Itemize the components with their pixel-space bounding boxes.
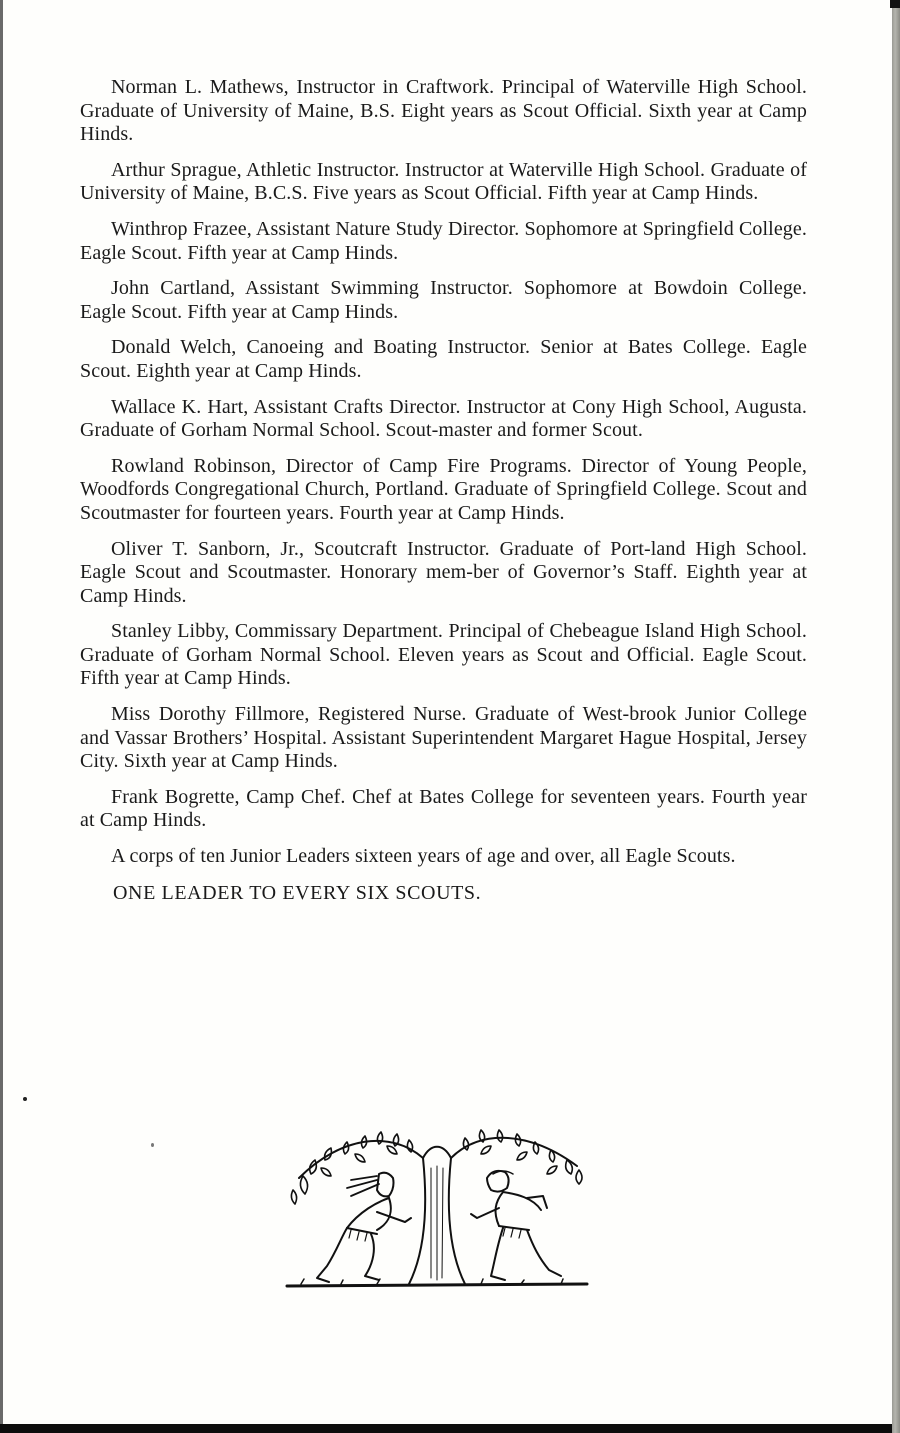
page-edge-right <box>892 0 900 1433</box>
print-speck <box>151 1143 154 1147</box>
print-speck <box>23 1097 27 1101</box>
staff-entry-welch: Donald Welch, Canoeing and Boating Instr… <box>80 336 807 383</box>
staff-entry-bogrette: Frank Bogrette, Camp Chef. Chef at Bates… <box>80 786 807 833</box>
staff-entry-fillmore: Miss Dorothy Fillmore, Registered Nurse.… <box>80 703 807 774</box>
staff-entry-frazee: Winthrop Frazee, Assistant Nature Study … <box>80 218 807 265</box>
staff-entry-sprague: Arthur Sprague, Athletic Instructor. Ins… <box>80 159 807 206</box>
leader-ratio-motto: ONE LEADER TO EVERY SIX SCOUTS. <box>80 881 807 905</box>
staff-list: Norman L. Mathews, Instructor in Craftwo… <box>80 76 807 905</box>
junior-leaders-note: A corps of ten Junior Leaders sixteen ye… <box>80 845 807 869</box>
staff-entry-cartland: John Cartland, Assistant Swimming Instru… <box>80 277 807 324</box>
two-scouts-under-tree-illustration <box>281 1118 593 1292</box>
page-edge-bottom <box>0 1424 892 1433</box>
staff-entry-mathews: Norman L. Mathews, Instructor in Craftwo… <box>80 76 807 147</box>
staff-entry-robinson: Rowland Robinson, Director of Camp Fire … <box>80 455 807 526</box>
document-page: Norman L. Mathews, Instructor in Craftwo… <box>0 0 895 1424</box>
staff-entry-libby: Stanley Libby, Commissary Department. Pr… <box>80 620 807 691</box>
staff-entry-hart: Wallace K. Hart, Assistant Crafts Direct… <box>80 396 807 443</box>
staff-entry-sanborn: Oliver T. Sanborn, Jr., Scoutcraft Instr… <box>80 538 807 609</box>
page-corner-shadow <box>890 0 900 8</box>
